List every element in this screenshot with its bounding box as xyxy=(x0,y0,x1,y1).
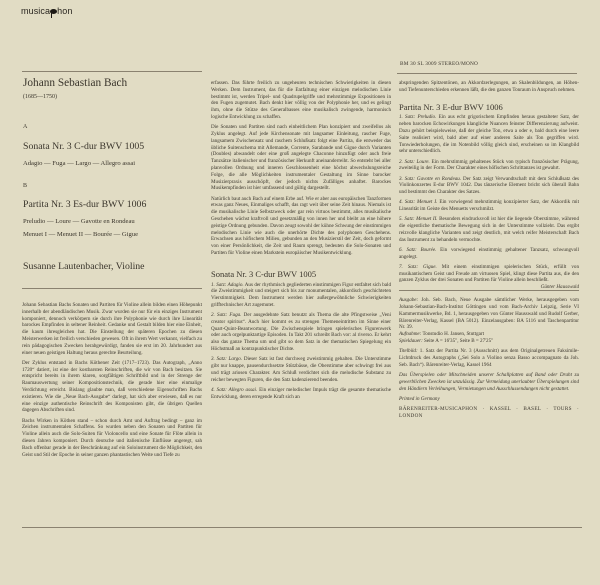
middle-body-text: erfassen. Das führte freilich zu ungeheu… xyxy=(211,80,391,404)
work-a-movements: Adagio — Fuga — Largo — Allegro assai xyxy=(23,160,135,167)
author-signature: Günter Hausswald xyxy=(541,284,579,291)
movement-note: 6. Satz: Bourée. Ein vorwiegend einstimm… xyxy=(399,247,579,261)
performer: Susanne Lautenbacher, Violine xyxy=(23,261,145,272)
paragraph: Der Zyklus entstand in Bachs Köthener Ze… xyxy=(22,360,202,414)
paragraph: Bachs Wirken in Köthen stand – schon dur… xyxy=(22,418,202,459)
divider-bottom xyxy=(22,527,582,528)
movement-note: 1. Satz: Preludio. Ein aus echt grigoris… xyxy=(399,114,579,155)
divider-left-mid xyxy=(22,288,202,289)
movement-note: 3. Satz: Gavotte en Rondeau. Der Satz ze… xyxy=(399,176,579,196)
sonata-heading: Sonata Nr. 3 C-dur BWV 1005 xyxy=(211,271,391,278)
right-body-text: abspringenden Spitzentönen, an Akkordzer… xyxy=(399,80,579,423)
catalog-number: BM 30 SL 3009 STEREO/MONO xyxy=(400,61,478,67)
credit-line: Ausgabe: Joh. Seb. Bach, Neue Ausgabe sä… xyxy=(399,297,579,331)
label-logo: musicahon xyxy=(21,6,72,16)
left-body-text: Johann Sebastian Bachs Sonaten und Parti… xyxy=(22,302,202,462)
movement-note: 1. Satz: Adagio. Aus der rhythmisch gegl… xyxy=(211,282,391,309)
movement-note: 2. Satz: Loure. Ein mehrstimmig gehalten… xyxy=(399,159,579,173)
credit-line: Spieldauer: Seite A = 16'35", Seite B = … xyxy=(399,338,579,345)
paragraph: erfassen. Das führte freilich zu ungeheu… xyxy=(211,80,391,121)
work-a-title: Sonata Nr. 3 C-dur BWV 1005 xyxy=(23,141,144,152)
paragraph: Johann Sebastian Bachs Sonaten und Parti… xyxy=(22,302,202,356)
composer-name: Johann Sebastian Bach xyxy=(23,77,127,89)
credit-line: Aufnahme: Tonstudio H. Jansen, Stuttgart xyxy=(399,331,579,338)
cover-note: Titelbild: 1. Satz der Partita Nr. 3 (Au… xyxy=(399,348,579,368)
work-b-title: Partita Nr. 3 Es-dur BWV 1006 xyxy=(23,199,146,210)
publisher-line: BÄRENREITER-MUSICAPHON · KASSEL · BASEL … xyxy=(399,406,579,420)
side-b-label: B xyxy=(23,183,27,189)
movement-note: 7. Satz: Gigue. Mit einem einstimmigen s… xyxy=(399,264,579,284)
side-a-label: A xyxy=(23,124,27,130)
printed-in: Printed in Germany xyxy=(399,396,579,403)
composer-dates: (1685—1750) xyxy=(23,94,57,100)
paragraph: Natürlich baut auch Bach auf einem Erbe … xyxy=(211,196,391,257)
movement-note: 4. Satz: Allegro assai. Ein einziger mel… xyxy=(211,387,391,401)
movement-note: 2. Satz: Fuga. Der ausgedehnte Satz benu… xyxy=(211,312,391,353)
movement-note: 3. Satz: Largo. Dieser Satz ist fast dur… xyxy=(211,356,391,383)
partita-heading: Partita Nr. 3 E-dur BWV 1006 xyxy=(399,104,579,111)
work-b-movements-1: Preludio — Loure — Gavotte en Rondeau xyxy=(23,218,135,225)
work-b-movements-2: Menuet I — Menuet II — Bourée — Gigue xyxy=(23,231,138,238)
paragraph: Die Sonaten und Partiten sind nach einhe… xyxy=(211,124,391,192)
paragraph: abspringenden Spitzentönen, an Akkordzer… xyxy=(399,80,579,94)
movement-note: 5. Satz: Menuet II. Besonders eindrucksv… xyxy=(399,216,579,243)
divider-top-right xyxy=(397,73,577,74)
divider-top-left xyxy=(22,71,202,72)
logo-text-suffix: hon xyxy=(57,6,72,16)
logo-text-prefix: musica xyxy=(21,6,50,16)
legal-notice: Das Überspielen oder Mitschneiden unsere… xyxy=(399,372,579,392)
movement-note: 4. Satz: Menuet I. Ein vorwiegend mehrst… xyxy=(399,199,579,213)
musical-note-icon xyxy=(50,9,57,14)
